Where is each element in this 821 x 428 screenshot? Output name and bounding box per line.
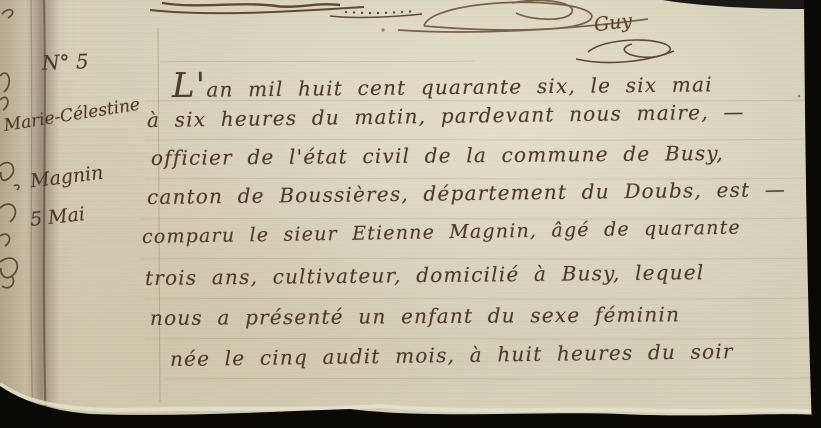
flourish-dots (345, 10, 411, 14)
body-line-1: L'an mil huit cent quarante six, le six … (172, 60, 713, 106)
margin-date: 5 Mai (29, 203, 86, 231)
rust-speck-2 (798, 95, 801, 98)
guy-signature-paraph (576, 40, 674, 63)
top-signature-flourish (150, 3, 422, 17)
signature-guy: Guy (593, 10, 634, 36)
register-scan: N° 5 Marie-Célestine Magnin 5 Mai Guy L'… (0, 0, 821, 428)
margin-rule-line (158, 28, 160, 402)
body-line-8: née le cinq audit mois, à huit heures du… (170, 339, 734, 371)
body-line-4: canton de Boussières, département du Dou… (147, 177, 786, 209)
rust-speck (381, 28, 384, 31)
body-line-7: nous a présenté un enfant du sexe fémini… (150, 302, 680, 330)
body-line-6: trois ans, cultivateur, domicilié à Busy… (145, 260, 705, 290)
body-line-3: officier de l'état civil de la commune d… (151, 141, 724, 170)
body-line-5: comparu le sieur Etienne Magnin, âgé de … (142, 217, 741, 248)
margin-act-number: N° 5 (42, 49, 89, 75)
register-page: N° 5 Marie-Célestine Magnin 5 Mai Guy L'… (0, 0, 821, 428)
